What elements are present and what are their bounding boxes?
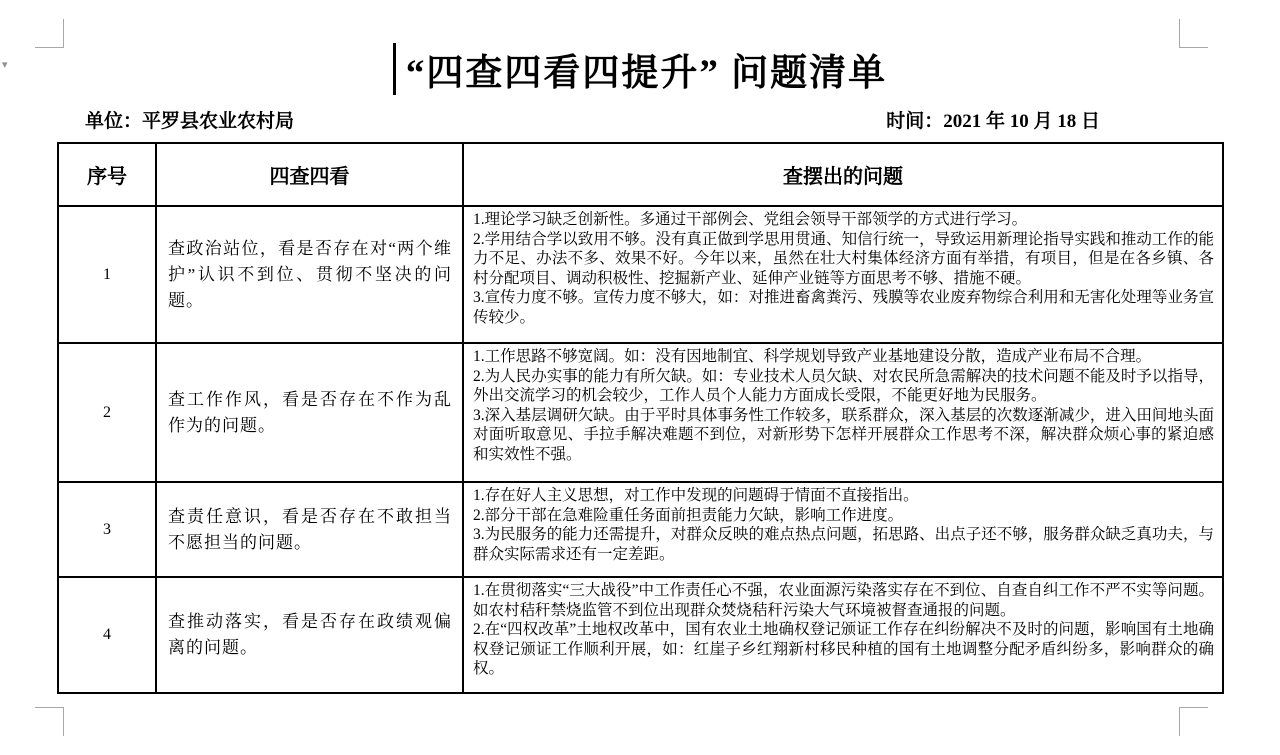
problem-item: 1.理论学习缺乏创新性。多通过干部例会、党组会领导干部领学的方式进行学习。: [473, 210, 1214, 230]
check-item-text: 查责任意识，看是否存在不敢担当不愿担当的问题。: [156, 482, 463, 577]
problems-cell: 1.在贯彻落实“三大战役”中工作责任心不强，农业面源污染落实存在不到位、自查自纠…: [463, 577, 1223, 693]
check-item-text: 查推动落实，看是否存在政绩观偏离的问题。: [156, 577, 463, 693]
problem-item: 3.为民服务的能力还需提升，对群众反映的难点热点问题，拓思路、出点子还不够，服务…: [473, 525, 1214, 564]
margin-corner-mark-top-left: [35, 19, 64, 48]
problem-item: 3.宣传力度不够。宣传力度不够大，如：对推进畜禽粪污、残膜等农业废弃物综合利用和…: [473, 288, 1214, 327]
row-number: 2: [58, 343, 156, 482]
meta-row: 单位：平罗县农业农村局 时间：2021 年 10 月 18 日: [85, 106, 1100, 133]
header-cell-check: 四查四看: [156, 143, 463, 206]
problem-item: 1.工作思路不够宽阔。如：没有因地制宜、科学规划导致产业基地建设分散，造成产业布…: [473, 347, 1214, 367]
table-row: 2 查工作作风，看是否存在不作为乱作为的问题。 1.工作思路不够宽阔。如：没有因…: [58, 343, 1223, 482]
problem-item: 3.深入基层调研欠缺。由于平时具体事务性工作较多，联系群众，深入基层的次数逐渐减…: [473, 406, 1214, 465]
unit-label: 单位：平罗县农业农村局: [85, 106, 294, 133]
margin-corner-mark-top-right: [1179, 19, 1208, 48]
problem-item: 2.学用结合学以致用不够。没有真正做到学思用贯通、知信行统一，导致运用新理论指导…: [473, 230, 1214, 289]
document-page: ▾ “四查四看四提升” 问题清单 单位：平罗县农业农村局 时间：2021 年 1…: [0, 0, 1280, 755]
table-row: 3 查责任意识，看是否存在不敢担当不愿担当的问题。 1.存在好人主义思想，对工作…: [58, 482, 1223, 577]
date-label: 时间：2021 年 10 月 18 日: [886, 106, 1100, 133]
margin-corner-mark-bottom-right: [1179, 707, 1208, 736]
row-number: 4: [58, 577, 156, 693]
table-header-row: 序号 四查四看 查摆出的问题: [58, 143, 1223, 206]
problem-item: 2.为人民办实事的能力有所欠缺。如：专业技术人员欠缺、对农民所急需解决的技术问题…: [473, 367, 1214, 406]
row-number: 3: [58, 482, 156, 577]
title-row: “四查四看四提升” 问题清单: [0, 0, 1280, 96]
table-row: 1 查政治站位，看是否存在对“两个维护”认识不到位、贯彻不坚决的问题。 1.理论…: [58, 206, 1223, 343]
margin-corner-mark-bottom-left: [35, 707, 64, 736]
problem-item: 2.部分干部在急难险重任务面前担责能力欠缺，影响工作进度。: [473, 506, 1214, 526]
problems-cell: 1.理论学习缺乏创新性。多通过干部例会、党组会领导干部领学的方式进行学习。 2.…: [463, 206, 1223, 343]
problems-table: 序号 四查四看 查摆出的问题 1 查政治站位，看是否存在对“两个维护”认识不到位…: [57, 142, 1224, 694]
problem-item: 2.在“四权改革”土地权改革中，国有农业土地确权登记颁证工作存在纠纷解决不及时的…: [473, 620, 1214, 679]
problems-cell: 1.工作思路不够宽阔。如：没有因地制宜、科学规划导致产业基地建设分散，造成产业布…: [463, 343, 1223, 482]
table-row: 4 查推动落实，看是否存在政绩观偏离的问题。 1.在贯彻落实“三大战役”中工作责…: [58, 577, 1223, 693]
row-number: 1: [58, 206, 156, 343]
check-item-text: 查工作作风，看是否存在不作为乱作为的问题。: [156, 343, 463, 482]
header-cell-problems: 查摆出的问题: [463, 143, 1223, 206]
outline-collapse-icon: ▾: [2, 58, 8, 71]
problems-cell: 1.存在好人主义思想，对工作中发现的问题碍于情面不直接指出。 2.部分干部在急难…: [463, 482, 1223, 577]
check-item-text: 查政治站位，看是否存在对“两个维护”认识不到位、贯彻不坚决的问题。: [156, 206, 463, 343]
header-cell-no: 序号: [58, 143, 156, 206]
problem-item: 1.在贯彻落实“三大战役”中工作责任心不强，农业面源污染落实存在不到位、自查自纠…: [473, 581, 1214, 620]
text-cursor: [393, 43, 396, 95]
problem-item: 1.存在好人主义思想，对工作中发现的问题碍于情面不直接指出。: [473, 486, 1214, 506]
page-title: “四查四看四提升” 问题清单: [406, 42, 887, 96]
